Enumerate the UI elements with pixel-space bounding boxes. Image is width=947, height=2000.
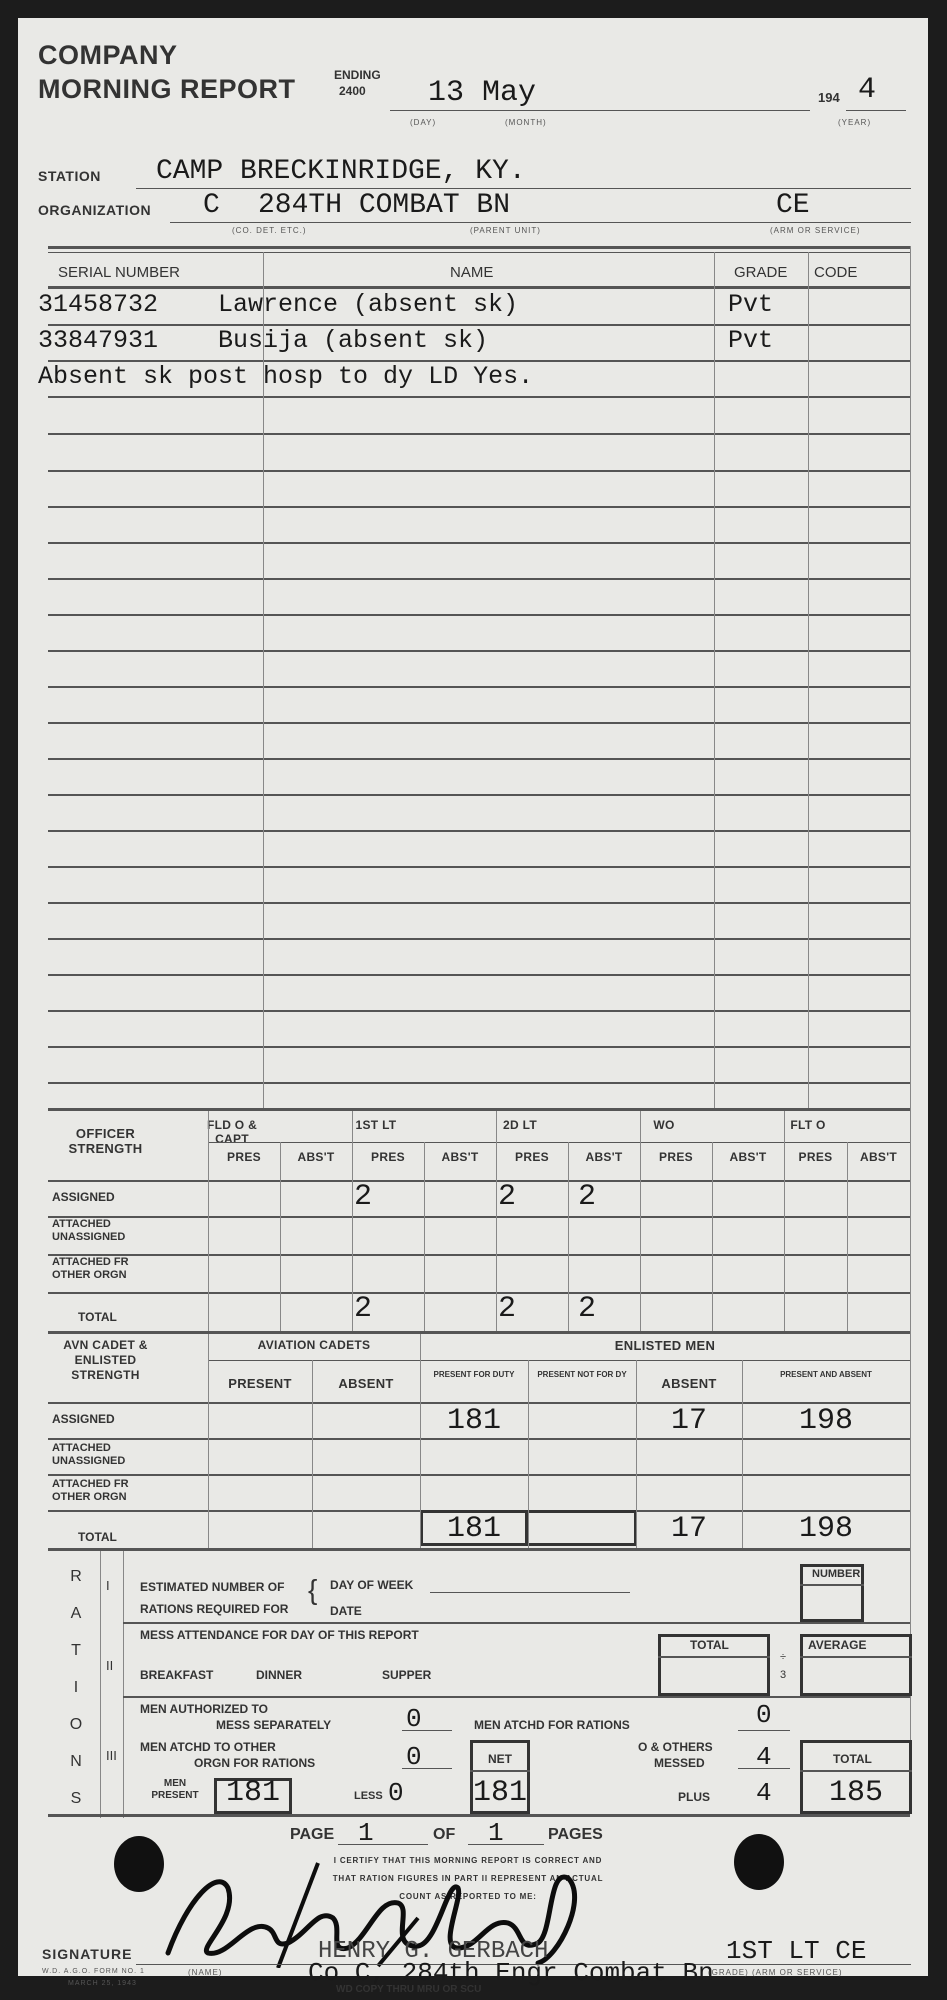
os-1stlt-pres-total: 2 (354, 1292, 372, 1326)
form-number: W.D. A.G.O. FORM NO. 1 (42, 1968, 145, 1975)
rations-side-label: RATIONS (66, 1558, 86, 1817)
atchd-other-label1: MEN ATCHD TO OTHER (140, 1740, 276, 1754)
page-label: PAGE (290, 1826, 334, 1844)
report-day-month: 13 May (428, 76, 536, 110)
rations-total-value: 185 (800, 1776, 912, 1810)
org-parent-unit: 284TH COMBAT BN (258, 190, 510, 221)
grade-caption: (GRADE) (ARM OR SERVICE) (708, 1968, 843, 1977)
group-flt-o: FLT O (772, 1118, 844, 1132)
ending-time: 2400 (339, 84, 366, 98)
es-present-and-absent-total: 198 (742, 1512, 910, 1546)
col-present-not-for-duty: PRESENT NOT FOR DY (528, 1368, 636, 1382)
name-caption: (NAME) (188, 1968, 222, 1977)
soldier-grade: Pvt (728, 290, 773, 319)
day-caption: (DAY) (410, 118, 436, 127)
es-present-and-absent-assigned: 198 (742, 1404, 910, 1438)
roster-remark: Absent sk post hosp to dy LD Yes. (38, 362, 533, 391)
mess-sep-label1: MEN AUTHORIZED TO (140, 1702, 268, 1716)
part2-label: MESS ATTENDANCE FOR DAY OF THIS REPORT (140, 1628, 419, 1642)
name-header: NAME (450, 264, 493, 281)
organization-label: ORGANIZATION (38, 202, 151, 218)
serial-header: SERIAL NUMBER (58, 264, 180, 281)
soldier-name: Busija (absent sk) (218, 326, 488, 355)
sub-pres: PRES (784, 1150, 847, 1164)
aviation-cadets-header: AVIATION CADETS (208, 1338, 420, 1352)
part1-label-line1: ESTIMATED NUMBER OF (140, 1580, 284, 1594)
brace: { (308, 1574, 317, 1606)
es-present-for-duty-assigned: 181 (420, 1404, 528, 1438)
station-label: STATION (38, 168, 101, 184)
plus-value: 4 (756, 1778, 772, 1808)
os-1stlt-pres-assigned: 2 (354, 1180, 372, 1214)
breakfast-label: BREAKFAST (140, 1668, 213, 1682)
station-value: CAMP BRECKINRIDGE, KY. (156, 156, 526, 187)
arm-caption: (ARM OR SERVICE) (770, 226, 861, 235)
month-caption: (MONTH) (505, 118, 547, 127)
os-row-label: TOTAL (78, 1310, 117, 1324)
morning-report-form: COMPANY MORNING REPORT ENDING 2400 13 Ma… (18, 18, 928, 1976)
es-absent-assigned: 17 (636, 1404, 742, 1438)
os-row-label: ATTACHED FR OTHER ORGN (52, 1256, 162, 1282)
year-prefix: 194 (818, 90, 840, 105)
year-digit: 4 (858, 73, 876, 107)
parent-caption: (PARENT UNIT) (470, 226, 541, 235)
day-of-week-label: DAY OF WEEK (330, 1578, 413, 1592)
group-1st-lt: 1ST LT (340, 1118, 412, 1132)
number-label: NUMBER (812, 1568, 860, 1580)
os-row-label: ATTACHED UNASSIGNED (52, 1218, 162, 1244)
sub-abst: ABS'T (847, 1150, 910, 1164)
sub-pres: PRES (496, 1150, 568, 1164)
atchd-other-label2: ORGN FOR RATIONS (194, 1756, 315, 1770)
enlisted-men-header: ENLISTED MEN (420, 1338, 910, 1353)
os-2dlt-pres-assigned: 2 (498, 1180, 516, 1214)
part1-numeral: I (106, 1578, 110, 1593)
es-row-label: ATTACHED FR OTHER ORGN (52, 1478, 162, 1504)
group-wo: WO (628, 1118, 700, 1132)
net-label: NET (488, 1752, 512, 1766)
company-caption: (CO. DET. ETC.) (232, 226, 307, 235)
plus-label: PLUS (678, 1790, 710, 1804)
officer-strength-title: OFFICER STRENGTH (48, 1126, 163, 1156)
es-row-label: ASSIGNED (52, 1412, 115, 1426)
men-present-label: MENPRESENT (140, 1778, 210, 1802)
col-av-present: PRESENT (208, 1376, 312, 1391)
mess-sep-label2: MESS SEPARATELY (216, 1718, 331, 1732)
date-label: DATE (330, 1604, 362, 1618)
sub-abst: ABS'T (424, 1150, 496, 1164)
divide-by-three: ÷ 3 (780, 1648, 790, 1684)
part2-numeral: II (106, 1658, 113, 1673)
signature-label: SIGNATURE (42, 1946, 132, 1962)
part1-label-line2: RATIONS REQUIRED FOR (140, 1602, 288, 1616)
supper-label: SUPPER (382, 1668, 431, 1682)
punch-hole (734, 1834, 784, 1890)
sub-pres: PRES (352, 1150, 424, 1164)
atchd-rations-value: 0 (756, 1700, 772, 1730)
org-arm: CE (776, 190, 810, 221)
col-av-absent: ABSENT (312, 1376, 420, 1391)
net-value: 181 (470, 1776, 530, 1810)
enlisted-strength-title: AVN CADET & ENLISTED STRENGTH (48, 1338, 163, 1383)
es-absent-total: 17 (636, 1512, 742, 1546)
serial-number: 33847931 (38, 326, 158, 355)
form-date: MARCH 25, 1943 (68, 1980, 137, 1987)
os-row-label: ASSIGNED (52, 1190, 115, 1204)
o-others-label1: O & OTHERS (638, 1740, 713, 1754)
sub-abst: ABS'T (712, 1150, 784, 1164)
year-caption: (YEAR) (838, 118, 871, 127)
group-2d-lt: 2D LT (484, 1118, 556, 1132)
dinner-label: DINNER (256, 1668, 302, 1682)
sub-abst: ABS'T (568, 1150, 640, 1164)
es-row-label: TOTAL (78, 1530, 117, 1544)
sub-pres: PRES (208, 1150, 280, 1164)
punch-hole (114, 1836, 164, 1892)
atchd-rations-label: MEN ATCHD FOR RATIONS (474, 1718, 630, 1732)
sub-pres: PRES (640, 1150, 712, 1164)
sub-abst: ABS'T (280, 1150, 352, 1164)
men-present-value: 181 (214, 1776, 292, 1810)
part3-numeral: III (106, 1748, 117, 1763)
grade-header: GRADE (734, 264, 787, 281)
ending-label: ENDING (334, 68, 381, 82)
rations-total-label: TOTAL (833, 1752, 872, 1766)
es-present-for-duty-total: 181 (420, 1512, 528, 1546)
os-2dlt-abst-total: 2 (578, 1292, 596, 1326)
less-value: 0 (388, 1778, 404, 1808)
col-em-absent: ABSENT (636, 1376, 742, 1391)
pages-label: PAGES (548, 1826, 603, 1844)
es-row-label: ATTACHED UNASSIGNED (52, 1442, 162, 1468)
copy-line: WD COPY THRU MRU OR SCU (336, 1984, 481, 1995)
org-company: C (203, 190, 220, 221)
o-others-label2: MESSED (654, 1756, 705, 1770)
os-2dlt-abst-assigned: 2 (578, 1180, 596, 1214)
form-title-line1: COMPANY (38, 40, 178, 71)
average-label: AVERAGE (808, 1638, 866, 1652)
os-2dlt-pres-total: 2 (498, 1292, 516, 1326)
of-label: OF (433, 1826, 455, 1844)
mess-total-label: TOTAL (690, 1638, 729, 1652)
less-label: LESS (354, 1790, 383, 1802)
code-header: CODE (814, 264, 857, 281)
serial-number: 31458732 (38, 290, 158, 319)
col-present-and-absent: PRESENT AND ABSENT (742, 1368, 910, 1382)
soldier-grade: Pvt (728, 326, 773, 355)
form-title-line2: MORNING REPORT (38, 74, 296, 105)
signer-grade: 1ST LT CE (726, 1936, 866, 1966)
col-present-for-duty: PRESENT FOR DUTY (420, 1368, 528, 1382)
